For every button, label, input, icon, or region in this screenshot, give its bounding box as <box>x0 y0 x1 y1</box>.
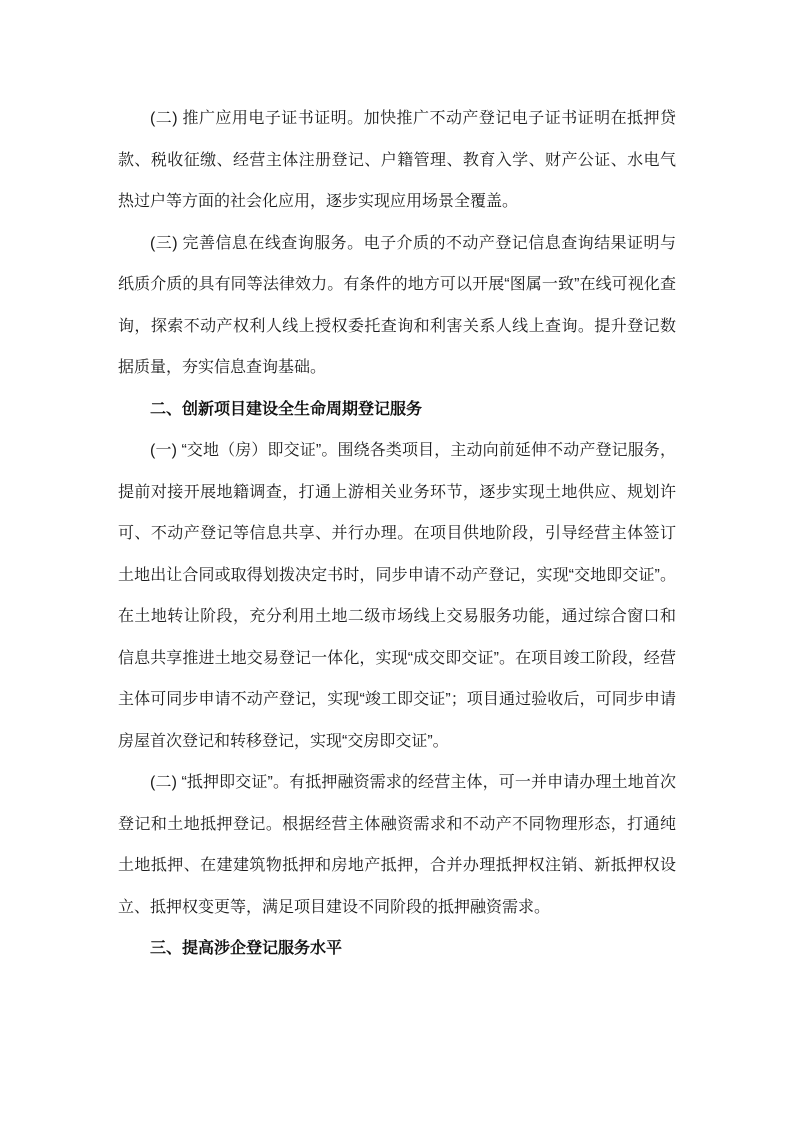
para-item-2-diya-jiaozheng: (二) “抵押即交证”。有抵押融资需求的经营主体，可一并申请办理土地首次登记和土… <box>118 762 676 928</box>
document-body: (二) 推广应用电子证书证明。加快推广不动产登记电子证书证明在抵押贷款、税收征缴… <box>118 98 676 970</box>
heading-section-2-lifecycle-registration: 二、创新项目建设全生命周期登记服务 <box>118 389 676 431</box>
para-item-3-online-query-service: (三) 完善信息在线查询服务。电子介质的不动产登记信息查询结果证明与纸质介质的具… <box>118 223 676 389</box>
document-page: (二) 推广应用电子证书证明。加快推广不动产登记电子证书证明在抵押贷款、税收征缴… <box>0 0 793 1122</box>
heading-section-3-enterprise-services: 三、提高涉企登记服务水平 <box>118 928 676 970</box>
para-item-2-electronic-certificates: (二) 推广应用电子证书证明。加快推广不动产登记电子证书证明在抵押贷款、税收征缴… <box>118 98 676 223</box>
para-item-1-jiaodi-jiaozheng: (一) “交地（房）即交证”。围绕各类项目，主动向前延伸不动产登记服务，提前对接… <box>118 430 676 762</box>
